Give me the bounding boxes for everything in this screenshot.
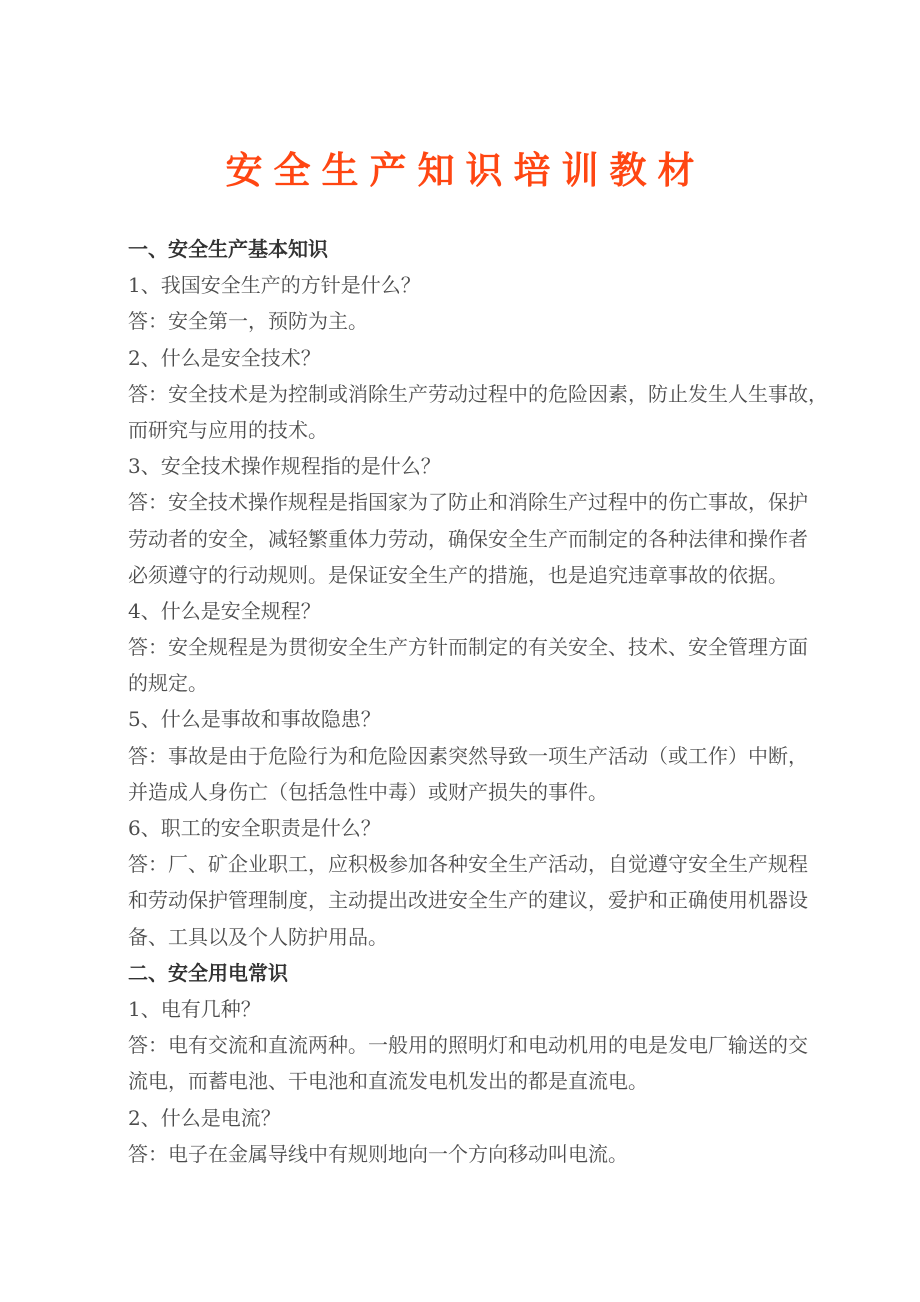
- question-line: 6、职工的安全职责是什么？: [128, 810, 812, 846]
- section-heading: 二、安全用电常识: [128, 955, 812, 991]
- answer-line: 备、工具以及个人防护用品。: [128, 919, 812, 955]
- answer-line: 答：事故是由于危险行为和危险因素突然导致一项生产活动（或工作）中断，: [128, 738, 812, 774]
- answer-line: 并造成人身伤亡（包括急性中毒）或财产损失的事件。: [128, 774, 812, 810]
- document-page: 安全生产知识培训教材 一、安全生产基本知识 1、我国安全生产的方针是什么？ 答：…: [0, 0, 920, 1302]
- question-line: 3、安全技术操作规程指的是什么？: [128, 448, 812, 484]
- question-line: 4、什么是安全规程？: [128, 593, 812, 629]
- answer-line: 答：安全规程是为贯彻安全生产方针而制定的有关安全、技术、安全管理方面: [128, 629, 812, 665]
- answer-line: 劳动者的安全，减轻繁重体力劳动，确保安全生产而制定的各种法律和操作者: [128, 521, 812, 557]
- question-line: 1、电有几种？: [128, 991, 812, 1027]
- document-body: 一、安全生产基本知识 1、我国安全生产的方针是什么？ 答：安全第一，预防为主。 …: [128, 231, 812, 1172]
- answer-line: 答：电有交流和直流两种。一般用的照明灯和电动机用的电是发电厂输送的交: [128, 1027, 812, 1063]
- question-line: 2、什么是电流？: [128, 1100, 812, 1136]
- answer-line: 和劳动保护管理制度，主动提出改进安全生产的建议，爱护和正确使用机器设: [128, 882, 812, 918]
- answer-line: 的规定。: [128, 665, 812, 701]
- answer-line: 必须遵守的行动规则。是保证安全生产的措施，也是追究违章事故的依据。: [128, 557, 812, 593]
- answer-line: 流电，而蓄电池、干电池和直流发电机发出的都是直流电。: [128, 1063, 812, 1099]
- question-line: 1、我国安全生产的方针是什么？: [128, 267, 812, 303]
- question-line: 2、什么是安全技术？: [128, 340, 812, 376]
- answer-line: 答：安全第一，预防为主。: [128, 303, 812, 339]
- answer-line: 答：安全技术是为控制或消除生产劳动过程中的危险因素，防止发生人生事故，: [128, 376, 812, 412]
- document-title: 安全生产知识培训教材: [0, 149, 920, 191]
- answer-line: 而研究与应用的技术。: [128, 412, 812, 448]
- answer-line: 答：安全技术操作规程是指国家为了防止和消除生产过程中的伤亡事故，保护: [128, 484, 812, 520]
- answer-line: 答：厂、矿企业职工，应积极参加各种安全生产活动，自觉遵守安全生产规程: [128, 846, 812, 882]
- answer-line: 答：电子在金属导线中有规则地向一个方向移动叫电流。: [128, 1136, 812, 1172]
- section-heading: 一、安全生产基本知识: [128, 231, 812, 267]
- question-line: 5、什么是事故和事故隐患？: [128, 701, 812, 737]
